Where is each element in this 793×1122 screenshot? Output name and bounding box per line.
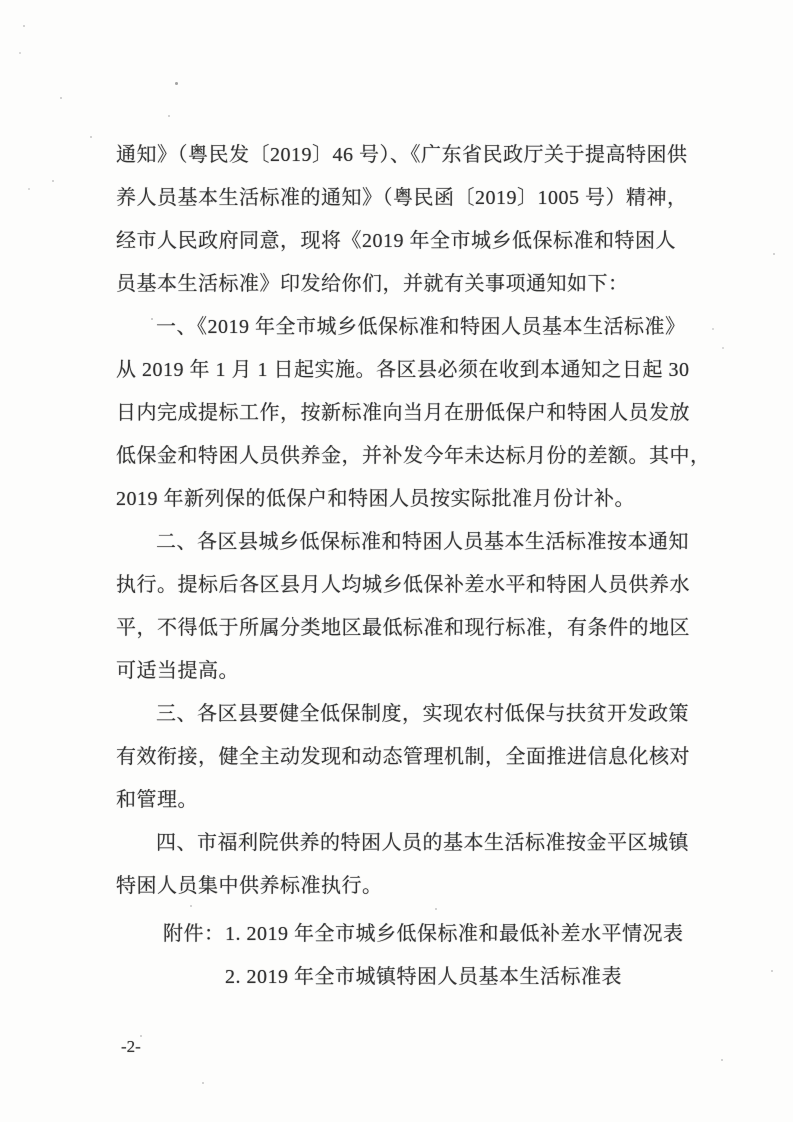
- text-line: 和管理。: [116, 779, 714, 822]
- text-line: 经市人民政府同意，现将《2019 年全市城乡低保标准和特困人: [116, 220, 714, 263]
- text-line: 员基本生活标准》印发给你们，并就有关事项通知如下：: [116, 263, 714, 306]
- scan-speck: [140, 1035, 142, 1037]
- text-line: 三、各区县要健全低保制度，实现农村低保与扶贫开发政策: [116, 693, 714, 736]
- scan-speck: [28, 188, 30, 190]
- paragraph-item-4: 四、市福利院供养的特困人员的基本生活标准按金平区城镇特困人员集中供养标准执行。: [116, 822, 714, 908]
- attachment-item-2: 2. 2019 年全市城镇特困人员基本生活标准表: [225, 966, 622, 988]
- attachment-line-2: 2. 2019 年全市城镇特困人员基本生活标准表: [163, 956, 714, 999]
- document-body: 通知》（粤民发〔2019〕46 号）、《广东省民政厅关于提高特困供养人员基本生活…: [116, 134, 714, 908]
- scan-speck: [151, 318, 153, 320]
- attachments-label: 附件：: [163, 913, 225, 956]
- attachments-block: 附件：1. 2019 年全市城乡低保标准和最低补差水平情况表 2. 2019 年…: [116, 913, 714, 999]
- scan-speck: [90, 136, 92, 138]
- text-line: 养人员基本生活标准的通知》（粤民函〔2019〕1005 号）精神，: [116, 177, 714, 220]
- attachment-item-1: 1. 2019 年全市城乡低保标准和最低补差水平情况表: [225, 923, 684, 945]
- scan-speck: [175, 82, 178, 85]
- text-line: 特困人员集中供养标准执行。: [116, 865, 714, 908]
- text-line: 可适当提高。: [116, 650, 714, 693]
- paragraph-item-1: 一、《2019 年全市城乡低保标准和特困人员基本生活标准》从 2019 年 1 …: [116, 306, 714, 521]
- text-line: 一、《2019 年全市城乡低保标准和特困人员基本生活标准》: [116, 306, 714, 349]
- text-line: 从 2019 年 1 月 1 日起实施。各区县必须在收到本通知之日起 30: [116, 349, 714, 392]
- scan-speck: [168, 115, 170, 117]
- scan-speck: [202, 1082, 204, 1084]
- scan-speck: [23, 25, 25, 27]
- scan-speck: [721, 1059, 723, 1061]
- scanned-page: 通知》（粤民发〔2019〕46 号）、《广东省民政厅关于提高特困供养人员基本生活…: [0, 0, 793, 1122]
- text-line: 二、各区县城乡低保标准和特困人员基本生活标准按本通知: [116, 521, 714, 564]
- text-line: 有效衔接，健全主动发现和动态管理机制，全面推进信息化核对: [116, 736, 714, 779]
- scan-speck: [60, 97, 62, 99]
- text-line: 通知》（粤民发〔2019〕46 号）、《广东省民政厅关于提高特困供: [116, 134, 714, 177]
- text-line: 平，不得低于所属分类地区最低标准和现行标准，有条件的地区: [116, 607, 714, 650]
- document-content: 通知》（粤民发〔2019〕46 号）、《广东省民政厅关于提高特困供养人员基本生活…: [116, 134, 714, 999]
- scan-speck: [145, 800, 148, 803]
- scan-speck: [773, 253, 775, 255]
- attachment-line-1: 附件：1. 2019 年全市城乡低保标准和最低补差水平情况表: [163, 913, 714, 956]
- text-line: 2019 年新列保的低保户和特困人员按实际批准月份计补。: [116, 478, 714, 521]
- scan-speck: [435, 908, 437, 910]
- text-line: 四、市福利院供养的特困人员的基本生活标准按金平区城镇: [116, 822, 714, 865]
- scan-speck: [19, 52, 21, 54]
- paragraph-item-3: 三、各区县要健全低保制度，实现农村低保与扶贫开发政策有效衔接，健全主动发现和动态…: [116, 693, 714, 822]
- scan-speck: [712, 328, 714, 330]
- scan-speck: [771, 970, 773, 972]
- page-number: -2-: [121, 1036, 141, 1058]
- text-line: 日内完成提标工作，按新标准向当月在册低保户和特困人员发放: [116, 392, 714, 435]
- paragraph-item-2: 二、各区县城乡低保标准和特困人员基本生活标准按本通知执行。提标后各区县月人均城乡…: [116, 521, 714, 693]
- scan-speck: [722, 347, 724, 349]
- paragraph-intro: 通知》（粤民发〔2019〕46 号）、《广东省民政厅关于提高特困供养人员基本生活…: [116, 134, 714, 306]
- text-line: 低保金和特困人员供养金，并补发今年未达标月份的差额。其中，: [116, 435, 714, 478]
- scan-speck: [190, 905, 192, 907]
- text-line: 执行。提标后各区县月人均城乡低保补差水平和特困人员供养水: [116, 564, 714, 607]
- scan-speck: [52, 180, 54, 182]
